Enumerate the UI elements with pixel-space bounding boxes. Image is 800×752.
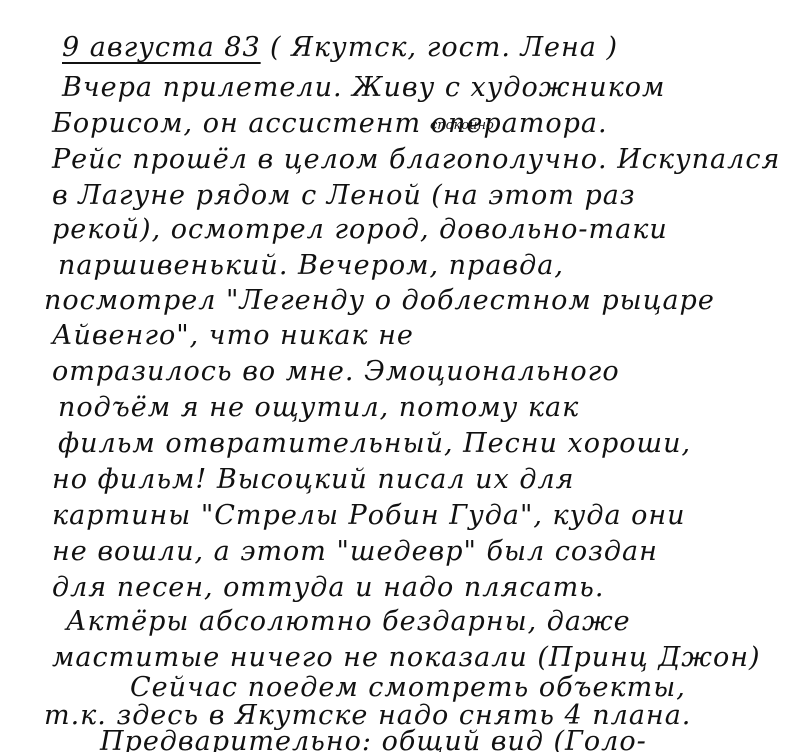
text-line-14: не вошли, а этот "шедевр" был создан	[52, 536, 658, 567]
text-line-11: фильм отвратительный, Песни хороши,	[58, 428, 691, 459]
text-line-3: Рейс прошёл в целом благополучно. Искупа…	[52, 144, 780, 175]
text-line-15: для песен, оттуда и надо плясать.	[52, 572, 604, 603]
text-line-13: картины "Стрелы Робин Гуда", куда они	[52, 500, 686, 531]
text-line-10: подъём я не ощутил, потому как	[58, 392, 579, 423]
text-line-2: Борисом, он ассистент оператора.	[52, 108, 608, 139]
manuscript-page: 9 августа 83 ( Якутск, гост. Лена ) Вчер…	[0, 0, 800, 752]
text-line-12: но фильм! Высоцкий писал их для	[52, 464, 575, 495]
text-line-9: отразилось во мне. Эмоционального	[52, 356, 620, 387]
text-line-16: Актёры абсолютно бездарны, даже	[66, 606, 631, 637]
text-line-18: Сейчас поедем смотреть объекты,	[130, 672, 686, 703]
text-line-17: маститые ничего не показали (Принц Джон)	[52, 642, 761, 673]
text-line-1: Вчера прилетели. Живу с художником	[62, 72, 665, 103]
text-line-20: Предварительно: общий вид (Голо-	[100, 726, 647, 752]
date-heading: 9 августа 83	[62, 32, 261, 63]
inserted-word: спокойно	[430, 118, 494, 133]
text-line-8: Айвенго", что никак не	[52, 320, 414, 351]
place-note: ( Якутск, гост. Лена )	[270, 32, 618, 63]
text-line-5: рекой), осмотрел город, довольно-таки	[52, 214, 668, 245]
text-line-4: в Лагуне рядом с Леной (на этот раз	[52, 180, 636, 211]
text-line-7: посмотрел "Легенду о доблестном рыцаре	[44, 285, 715, 316]
text-line-6: паршивенький. Вечером, правда,	[58, 250, 564, 281]
